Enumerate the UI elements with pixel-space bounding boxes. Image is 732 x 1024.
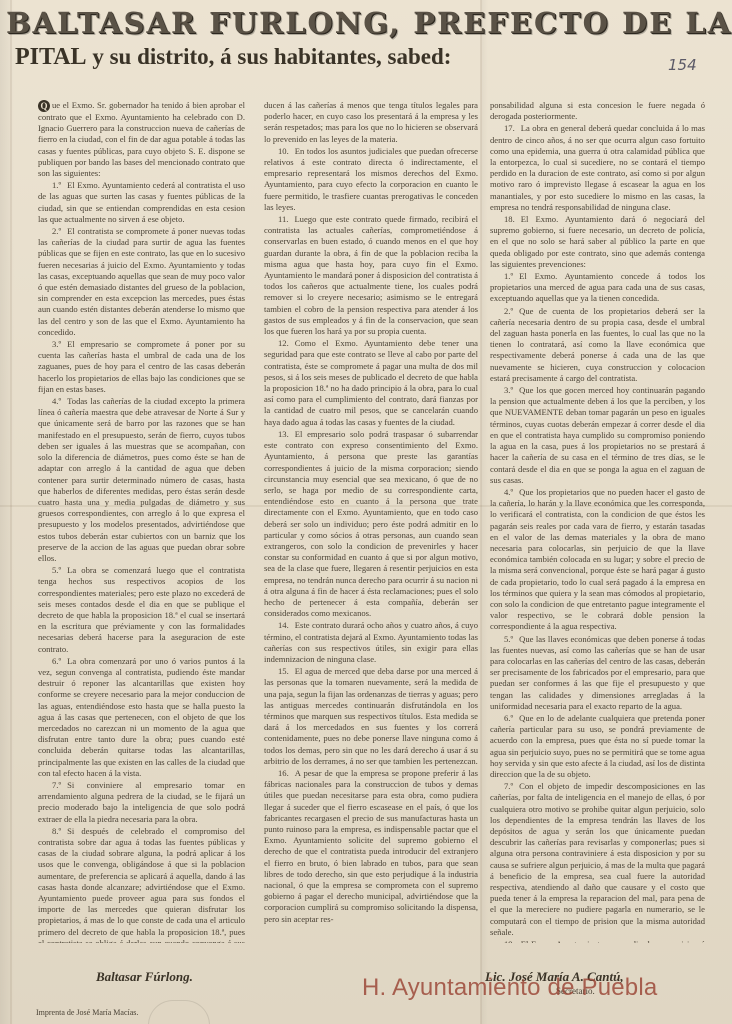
document-heading-line1: BALTASAR FURLONG, PREFECTO DE LA CA- bbox=[6, 6, 726, 40]
paragraph-text: El agua de merced que deba darse por una… bbox=[264, 666, 478, 766]
paragraph: ducen á las cañerías á menos que tenga t… bbox=[264, 100, 478, 145]
paragraph-number: 5.º bbox=[504, 634, 513, 644]
paragraph: 11.Luego que este contrato quede firmado… bbox=[264, 214, 478, 337]
paper-edge-shadow bbox=[10, 0, 12, 1024]
paragraph: 19.El Exmo. Ayuntamiento por medio de su… bbox=[490, 939, 705, 943]
paragraph-text: Todas las cañerías de la ciudad excepto … bbox=[38, 396, 245, 563]
paragraph-text: Que los que gocen merced hoy continuarán… bbox=[490, 385, 705, 485]
paragraph-text: El Exmo. Ayuntamiento concede á todos lo… bbox=[490, 271, 705, 303]
paragraph-text: ue el Exmo. Sr. gobernador ha tenido á b… bbox=[38, 100, 245, 178]
paragraph: ponsabilidad alguna si esta concesion le… bbox=[490, 100, 705, 122]
paragraph-number: 2.º bbox=[504, 306, 513, 316]
paragraph-text: La obra se comenzará luego que el contra… bbox=[38, 565, 245, 653]
paragraph-text: El Exmo. Ayuntamiento dará ó negociará d… bbox=[490, 214, 705, 269]
paragraph-number: 7.º bbox=[504, 781, 513, 791]
paragraph-text: La obra en general deberá quedar conclui… bbox=[490, 123, 705, 211]
paragraph: 14.Este contrato durará ocho años y cuat… bbox=[264, 620, 478, 665]
paragraph-text: Que las llaves económicas que deben pone… bbox=[490, 634, 705, 711]
paragraph-number: 12. bbox=[278, 338, 289, 348]
paragraph-number: 6.º bbox=[52, 656, 61, 666]
paragraph: 10.En todos los asuntos judiciales que p… bbox=[264, 146, 478, 213]
paragraph: 4.ºQue los propietarios que no pueden ha… bbox=[490, 487, 705, 633]
paragraph-text: Que de cuenta de los propietarios deberá… bbox=[490, 306, 705, 383]
paragraph: 18.El Exmo. Ayuntamiento dará ó negociar… bbox=[490, 214, 705, 270]
paragraph-number: 5.º bbox=[52, 565, 61, 575]
paragraph-number: 3.º bbox=[52, 339, 61, 349]
paragraph-text: ponsabilidad alguna si esta concesion le… bbox=[490, 100, 705, 121]
paper-fold-vertical bbox=[480, 0, 482, 1024]
archive-watermark: H. Ayuntamiento de Puebla bbox=[362, 974, 657, 1002]
paragraph: 3.ºQue los que gocen merced hoy continua… bbox=[490, 385, 705, 486]
paragraph-text: En todos los asuntos judiciales que pued… bbox=[264, 146, 478, 212]
paragraph: 6.ºLa obra comenzará por uno ó varios pu… bbox=[38, 656, 245, 779]
paragraph: 4.ºTodas las cañerías de la ciudad excep… bbox=[38, 396, 245, 564]
paragraph-text: A pesar de que la empresa se propone pre… bbox=[264, 768, 478, 924]
text-column-right: ponsabilidad alguna si esta concesion le… bbox=[490, 100, 705, 943]
paragraph-text: Este contrato durará ocho años y cuatro … bbox=[264, 620, 478, 664]
paragraph: 12.Como el Exmo. Ayuntamiento debe tener… bbox=[264, 338, 478, 428]
paragraph: Que el Exmo. Sr. gobernador ha tenido á … bbox=[38, 100, 245, 179]
paragraph-text: El Exmo. Ayuntamiento por medio de su co… bbox=[490, 939, 705, 943]
paragraph-text: El contratista se compromete á poner nue… bbox=[38, 226, 245, 337]
paragraph-number: 14. bbox=[278, 620, 289, 630]
paragraph-text: El empresario se compromete á poner por … bbox=[38, 339, 245, 394]
paragraph-text: La obra comenzará por uno ó varios punto… bbox=[38, 656, 245, 778]
drop-cap: Q bbox=[38, 100, 50, 112]
paragraph-text: Que los propietarios que no pueden hacer… bbox=[490, 487, 705, 631]
paragraph-number: 1.º bbox=[504, 271, 513, 281]
paragraph: 3.ºEl empresario se compromete á poner p… bbox=[38, 339, 245, 395]
paragraph-number: 10. bbox=[278, 146, 289, 156]
paragraph-number: 6.º bbox=[504, 713, 513, 723]
paragraph-text: Como el Exmo. Ayuntamiento debe tener un… bbox=[264, 338, 478, 426]
paragraph-text: El empresario solo podrá traspasar ó sub… bbox=[264, 429, 478, 618]
paragraph-number: 16. bbox=[278, 768, 289, 778]
paragraph: 15.El agua de merced que deba darse por … bbox=[264, 666, 478, 767]
paragraph: 2.ºEl contratista se compromete á poner … bbox=[38, 226, 245, 338]
paragraph-number: 19. bbox=[504, 939, 515, 943]
paragraph: 17.La obra en general deberá quedar conc… bbox=[490, 123, 705, 213]
paragraph-number: 2.º bbox=[52, 226, 61, 236]
paragraph-text: El Exmo. Ayuntamiento cederá al contrati… bbox=[38, 180, 245, 224]
paragraph-text: Si conviniere al empresario tomar en arr… bbox=[38, 780, 245, 824]
paragraph: 6.ºQue en lo de adelante cualquiera que … bbox=[490, 713, 705, 780]
paragraph: 1.ºEl Exmo. Ayuntamiento concede á todos… bbox=[490, 271, 705, 305]
printer-imprint: Imprenta de José María Macías. bbox=[36, 1008, 138, 1017]
paragraph-text: Que en lo de adelante cualquiera que pre… bbox=[490, 713, 705, 779]
paragraph: 1.ºEl Exmo. Ayuntamiento cederá al contr… bbox=[38, 180, 245, 225]
paragraph-text: Luego que este contrato quede firmado, r… bbox=[264, 214, 478, 336]
paragraph-text: Con el objeto de impedir descomposicione… bbox=[490, 781, 705, 937]
paragraph-number: 13. bbox=[278, 429, 289, 439]
paragraph: 5.ºLa obra se comenzará luego que el con… bbox=[38, 565, 245, 655]
paragraph-number: 11. bbox=[278, 214, 288, 224]
paragraph: 2.ºQue de cuenta de los propietarios deb… bbox=[490, 306, 705, 384]
paragraph-number: 4.º bbox=[52, 396, 61, 406]
text-column-left: Que el Exmo. Sr. gobernador ha tenido á … bbox=[38, 100, 245, 943]
paragraph: 16.A pesar de que la empresa se propone … bbox=[264, 768, 478, 925]
paragraph-text: Si después de celebrado el compromiso de… bbox=[38, 826, 245, 943]
paragraph-number: 15. bbox=[278, 666, 289, 676]
paragraph: 5.ºQue las llaves económicas que deben p… bbox=[490, 634, 705, 712]
paragraph: 8.ºSi después de celebrado el compromiso… bbox=[38, 826, 245, 943]
faded-stamp bbox=[148, 1000, 210, 1024]
paragraph: 13.El empresario solo podrá traspasar ó … bbox=[264, 429, 478, 619]
paragraph-number: 1.º bbox=[52, 180, 61, 190]
paragraph-text: ducen á las cañerías á menos que tenga t… bbox=[264, 100, 478, 144]
heading-rest: y su distrito, á sus habitantes, sabed: bbox=[87, 44, 452, 69]
paragraph-number: 8.º bbox=[52, 826, 61, 836]
paragraph-number: 18. bbox=[504, 214, 515, 224]
paragraph-number: 17. bbox=[504, 123, 515, 133]
paragraph-number: 7.º bbox=[52, 780, 61, 790]
paragraph: 7.ºSi conviniere al empresario tomar en … bbox=[38, 780, 245, 825]
document-heading-line2: PITAL y su distrito, á sus habitantes, s… bbox=[15, 44, 451, 71]
handwritten-folio-number: 154 bbox=[668, 56, 697, 74]
paragraph: 7.ºCon el objeto de impedir descomposici… bbox=[490, 781, 705, 938]
paragraph-number: 4.º bbox=[504, 487, 513, 497]
signature-prefect: Baltasar Fúrlong. bbox=[96, 969, 193, 985]
heading-caps: PITAL bbox=[15, 44, 87, 70]
text-column-middle: ducen á las cañerías á menos que tenga t… bbox=[264, 100, 478, 943]
paragraph-number: 3.º bbox=[504, 385, 513, 395]
